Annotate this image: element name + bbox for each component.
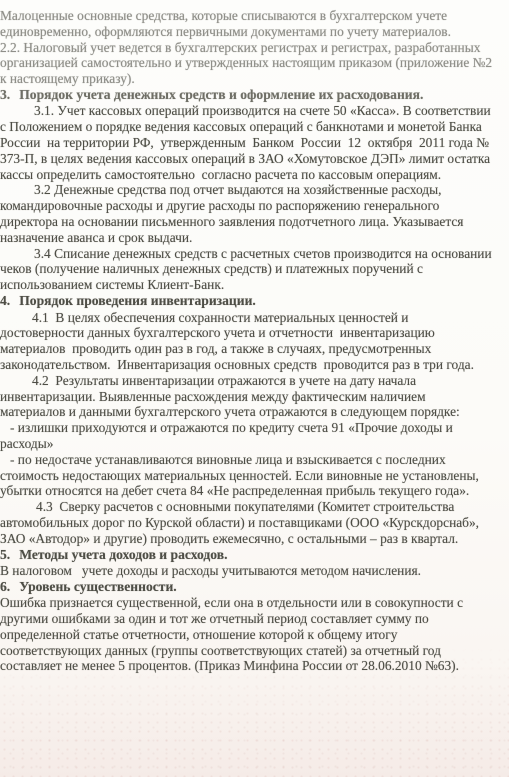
- section-5-title: Методы учета доходов и расходов.: [19, 547, 227, 562]
- paragraph-3-4-writeoff: 3.4 Списание денежных средств с расчетны…: [0, 246, 493, 293]
- section-3-number: 3.: [0, 87, 10, 104]
- section-heading-5: 5.Методы учета доходов и расходов.: [0, 547, 493, 564]
- section-heading-4: 4.Порядок проведения инвентаризации.: [0, 293, 493, 310]
- list-item-shortage: - по недостаче устанавливаются виновные …: [0, 452, 493, 499]
- paragraph-2-2-tax-accounting: 2.2. Налоговый учет ведется в бухгалтерс…: [0, 40, 493, 87]
- section-4-title: Порядок проведения инвентаризации.: [19, 293, 256, 308]
- paragraph-6-materiality: Ошибка признается существенной, если она…: [0, 595, 493, 674]
- paragraph-low-value-assets: Малоценные основные средства, которые сп…: [0, 8, 493, 40]
- section-6-number: 6.: [0, 579, 10, 596]
- paragraph-4-3-reconciliation: 4.3 Сверку расчетов с основными покупате…: [0, 499, 493, 546]
- paragraph-3-1-cash-operations: 3.1. Учет кассовых операций производится…: [0, 103, 493, 182]
- document-body: Малоценные основные средства, которые сп…: [0, 8, 493, 674]
- paragraph-5-accrual-method: В налоговом учете доходы и расходы учиты…: [0, 563, 493, 579]
- list-item-surplus: - излишки приходуются и отражаются по кр…: [0, 420, 493, 452]
- paragraph-3-2-advance-money: 3.2 Денежные средства под отчет выдаются…: [0, 182, 493, 245]
- paragraph-4-1-inventory-frequency: 4.1 В целях обеспечения сохранности мате…: [0, 310, 493, 373]
- section-4-number: 4.: [0, 293, 10, 310]
- section-3-title: Порядок учета денежных средств и оформле…: [19, 87, 423, 102]
- paragraph-4-2-inventory-results: 4.2 Результаты инвентаризации отражаются…: [0, 373, 493, 420]
- section-heading-6: 6.Уровень существенности.: [0, 579, 493, 596]
- section-heading-3: 3.Порядок учета денежных средств и оформ…: [0, 87, 493, 104]
- section-6-title: Уровень существенности.: [19, 579, 177, 594]
- section-5-number: 5.: [0, 547, 10, 564]
- scanned-document-page: Малоценные основные средства, которые сп…: [0, 0, 509, 777]
